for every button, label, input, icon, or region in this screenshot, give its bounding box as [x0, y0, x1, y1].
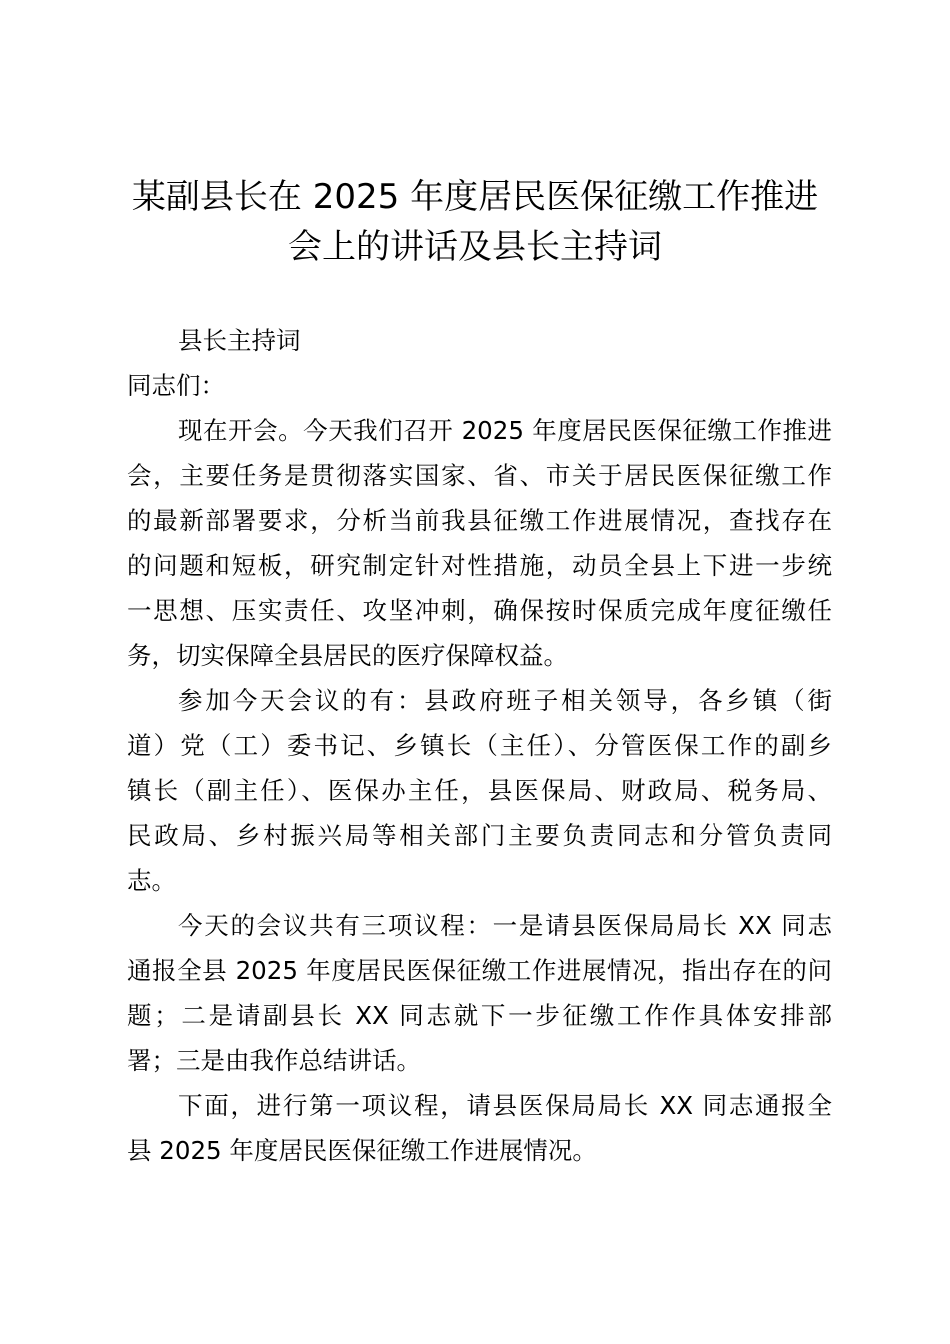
- paragraph-line: 通报全县 2025 年度居民医保征缴工作进展情况，指出存在的问: [127, 948, 832, 993]
- paragraph-first-item: 下面，进行第一项议程，请县医保局局长 XX 同志通报全 县 2025 年度居民医…: [127, 1083, 832, 1173]
- paragraph-line: 今天的会议共有三项议程：一是请县医保局局长 XX 同志: [127, 903, 832, 948]
- paragraph-agenda: 今天的会议共有三项议程：一是请县医保局局长 XX 同志 通报全县 2025 年度…: [127, 903, 832, 1083]
- paragraph-attendees: 参加今天会议的有：县政府班子相关领导，各乡镇（街 道）党（工）委书记、乡镇长（主…: [127, 678, 832, 903]
- paragraph-line: 的最新部署要求，分析当前我县征缴工作进展情况，查找存在: [127, 498, 832, 543]
- paragraph-line: 的问题和短板，研究制定针对性措施，动员全县上下进一步统: [127, 543, 832, 588]
- paragraph-line: 下面，进行第一项议程，请县医保局局长 XX 同志通报全: [127, 1083, 832, 1128]
- paragraph-line: 道）党（工）委书记、乡镇长（主任）、分管医保工作的副乡: [127, 723, 832, 768]
- paragraph-line: 参加今天会议的有：县政府班子相关领导，各乡镇（街: [127, 678, 832, 723]
- paragraph-opening: 现在开会。今天我们召开 2025 年度居民医保征缴工作推进 会，主要任务是贯彻落…: [127, 408, 832, 678]
- title-line-2: 会上的讲话及县长主持词: [100, 222, 850, 272]
- paragraph-line: 志。: [127, 858, 832, 903]
- paragraph-line: 务，切实保障全县居民的医疗保障权益。: [127, 633, 832, 678]
- paragraph-line: 民政局、乡村振兴局等相关部门主要负责同志和分管负责同: [127, 813, 832, 858]
- salutation: 同志们：: [127, 363, 832, 408]
- document-title: 某副县长在 2025 年度居民医保征缴工作推进 会上的讲话及县长主持词: [100, 172, 850, 272]
- paragraph-line: 镇长（副主任）、医保办主任，县医保局、财政局、税务局、: [127, 768, 832, 813]
- document-body: 县长主持词 同志们： 现在开会。今天我们召开 2025 年度居民医保征缴工作推进…: [127, 318, 832, 1173]
- paragraph-line: 一思想、压实责任、攻坚冲刺，确保按时保质完成年度征缴任: [127, 588, 832, 633]
- title-line-1: 某副县长在 2025 年度居民医保征缴工作推进: [100, 172, 850, 222]
- paragraph-line: 会，主要任务是贯彻落实国家、省、市关于居民医保征缴工作: [127, 453, 832, 498]
- paragraph-line: 题；二是请副县长 XX 同志就下一步征缴工作作具体安排部: [127, 993, 832, 1038]
- section-heading: 县长主持词: [127, 318, 832, 363]
- paragraph-line: 署；三是由我作总结讲话。: [127, 1038, 832, 1083]
- document-page: 某副县长在 2025 年度居民医保征缴工作推进 会上的讲话及县长主持词 县长主持…: [0, 0, 950, 1344]
- paragraph-line: 现在开会。今天我们召开 2025 年度居民医保征缴工作推进: [127, 408, 832, 453]
- paragraph-line: 县 2025 年度居民医保征缴工作进展情况。: [127, 1128, 832, 1173]
